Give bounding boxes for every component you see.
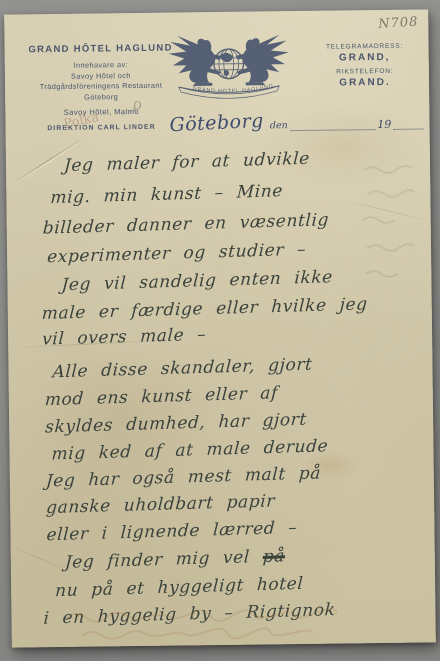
handwriting-line: ganske uholdbart papir — [46, 491, 276, 518]
scanned-letter-photo: GRAND HÔTEL HAGLUND Innehavare av: Savoy… — [0, 0, 440, 661]
archive-number-annotation: N708 — [378, 15, 419, 33]
letterhead-direction: DIREKTION CARL LINDER — [24, 123, 180, 132]
handwriting-line: mig. min kunst – Mine — [50, 181, 284, 208]
letter-paper: GRAND HÔTEL HAGLUND Innehavare av: Savoy… — [4, 9, 436, 647]
griffins-globe-crest-icon: GRAND HOTEL HAGLUND — [164, 25, 293, 101]
struck-word: på — [262, 546, 285, 567]
handwriting-line: nu på et hyggeligt hotel — [55, 574, 304, 601]
handwriting-line: Alle disse skandaler, gjort — [52, 355, 313, 383]
letterhead-branch: Savoy Hôtel, Malmö — [23, 106, 179, 117]
letterhead-subtitle-line: Göteborg — [23, 91, 179, 103]
handwriting-line: Jeg har også mest malt på — [45, 463, 321, 491]
handwriting-line: mig ked af at male derude — [51, 436, 329, 464]
letterhead-subtitle-line: Trädgårdsföreningens Restaurant — [23, 80, 179, 92]
handwriting-line: Jeg vil sandelig enten ikke — [61, 267, 334, 295]
paper-crease — [338, 198, 436, 222]
dateline-year-prefix: 19 — [377, 118, 391, 131]
handwriting-line: skyldes dumhed, har gjort — [45, 410, 308, 438]
dateline-city-script: Göteborg — [169, 110, 264, 136]
dateline-dotted-rule — [291, 117, 376, 131]
hotel-name: GRAND HÔTEL HAGLUND — [23, 42, 179, 55]
handwriting-line: Jeg maler for at udvikle — [63, 149, 310, 176]
telegram-address-value: GRAND, — [304, 50, 426, 64]
handwriting-line: male er færdige eller hvilke jeg — [41, 294, 368, 324]
dateline-den-word: den — [270, 120, 288, 131]
letterhead-right-block: TELEGRAMADRESS: GRAND, RIKSTELEFON: GRAN… — [304, 41, 427, 92]
handwriting-line: experimenter og studier – — [47, 240, 307, 268]
handwriting-line: eller i lignende lærred – — [46, 518, 298, 545]
rikstelefon-value: GRAND. — [304, 75, 426, 89]
handwriting-line: billeder danner en væsentlig — [42, 210, 329, 239]
handwriting-line: i en hyggelig by – Rigtignok — [43, 600, 336, 629]
handwriting-line: vil overs male – — [42, 325, 207, 350]
dateline-dotted-rule — [393, 116, 423, 129]
letterhead-left-block: GRAND HÔTEL HAGLUND Innehavare av: Savoy… — [23, 42, 180, 132]
handwriting-line: Jeg finder mig vel på — [64, 546, 285, 573]
handwriting-text: Jeg finder mig vel — [64, 547, 263, 573]
bleed-through-writing — [358, 159, 426, 290]
dateline: Göteborg den 19 — [169, 109, 423, 134]
handwriting-line: mod ens kunst eller af — [44, 383, 278, 410]
